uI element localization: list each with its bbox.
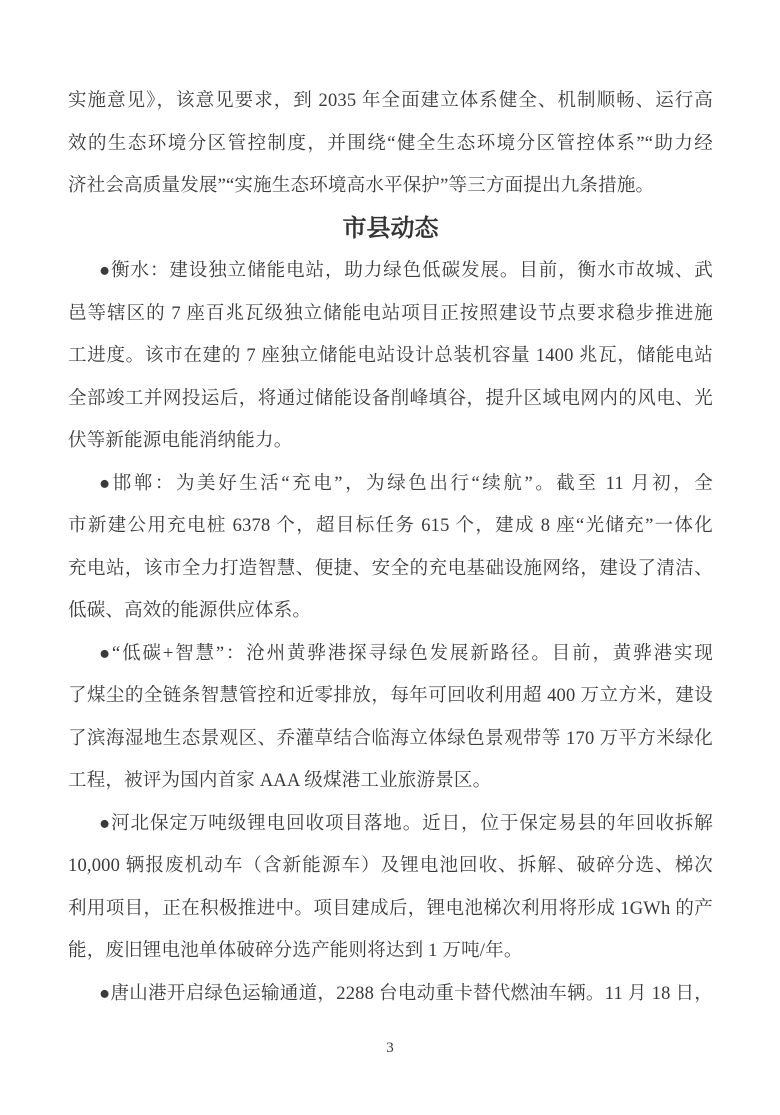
document-page: 实施意见》，该意见要求，到 2035 年全面建立体系健全、机制顺畅、运行高效的生…: [0, 0, 780, 1115]
text-line: 能，废旧锂电池单体破碎分选产能则将达到 1 万吨/年。: [68, 930, 713, 973]
text-line: ●“低碳+智慧”：沧州黄骅港探寻绿色发展新路径。目前，黄骅港实现: [68, 633, 713, 676]
text-line: ●邯郸：为美好生活“充电”，为绿色出行“续航”。截至 11 月初，全: [68, 463, 713, 506]
text-line: ●衡水：建设独立储能电站，助力绿色低碳发展。目前，衡水市故城、武: [68, 250, 713, 293]
text-line: 低碳、高效的能源供应体系。: [68, 590, 713, 633]
text-line: 工进度。该市在建的 7 座独立储能电站设计总装机容量 1400 兆瓦，储能电站: [68, 335, 713, 378]
text-line: 实施意见》，该意见要求，到 2035 年全面建立体系健全、机制顺畅、运行高: [68, 80, 713, 123]
text-line: 利用项目，正在积极推进中。项目建成后，锂电池梯次利用将形成 1GWh 的产: [68, 888, 713, 931]
page-number: 3: [0, 1038, 780, 1058]
news-item-cangzhou: ●“低碳+智慧”：沧州黄骅港探寻绿色发展新路径。目前，黄骅港实现了煤尘的全链条智…: [68, 633, 713, 803]
text-line: 工程，被评为国内首家 AAA 级煤港工业旅游景区。: [68, 760, 713, 803]
text-line: 伏等新能源电能消纳能力。: [68, 420, 713, 463]
intro-paragraph: 实施意见》，该意见要求，到 2035 年全面建立体系健全、机制顺畅、运行高效的生…: [68, 80, 713, 208]
document-content: 实施意见》，该意见要求，到 2035 年全面建立体系健全、机制顺畅、运行高效的生…: [68, 80, 713, 1015]
news-item-baoding: ●河北保定万吨级锂电回收项目落地。近日，位于保定易县的年回收拆解10,000 辆…: [68, 803, 713, 973]
text-line: 充电站，该市全力打造智慧、便捷、安全的充电基础设施网络，建设了清洁、: [68, 548, 713, 591]
text-line: 邑等辖区的 7 座百兆瓦级独立储能电站项目正按照建设节点要求稳步推进施: [68, 293, 713, 336]
news-item-handan: ●邯郸：为美好生活“充电”，为绿色出行“续航”。截至 11 月初，全市新建公用充…: [68, 463, 713, 633]
text-line: 了煤尘的全链条智慧管控和近零排放，每年可回收利用超 400 万立方米，建设: [68, 675, 713, 718]
text-line: 效的生态环境分区管控制度，并围绕“健全生态环境分区管控体系”“助力经: [68, 123, 713, 166]
news-item-hengshui: ●衡水：建设独立储能电站，助力绿色低碳发展。目前，衡水市故城、武邑等辖区的 7 …: [68, 250, 713, 463]
text-line: 10,000 辆报废机动车（含新能源车）及锂电池回收、拆解、破碎分选、梯次: [68, 845, 713, 888]
news-item-tangshan: ●唐山港开启绿色运输通道，2288 台电动重卡替代燃油车辆。11 月 18 日，: [68, 973, 713, 1016]
text-line: 全部竣工并网投运后，将通过储能设备削峰填谷，提升区域电网内的风电、光: [68, 378, 713, 421]
text-line: 了滨海湿地生态景观区、乔灌草结合临海立体绿色景观带等 170 万平方米绿化: [68, 718, 713, 761]
text-line: ●河北保定万吨级锂电回收项目落地。近日，位于保定易县的年回收拆解: [68, 803, 713, 846]
text-line: ●唐山港开启绿色运输通道，2288 台电动重卡替代燃油车辆。11 月 18 日，: [68, 973, 713, 1016]
text-line: 济社会高质量发展”“实施生态环境高水平保护”等三方面提出九条措施。: [68, 165, 713, 208]
text-line: 市新建公用充电桩 6378 个，超目标任务 615 个，建成 8 座“光储充”一…: [68, 505, 713, 548]
section-heading: 市县动态: [68, 208, 713, 251]
